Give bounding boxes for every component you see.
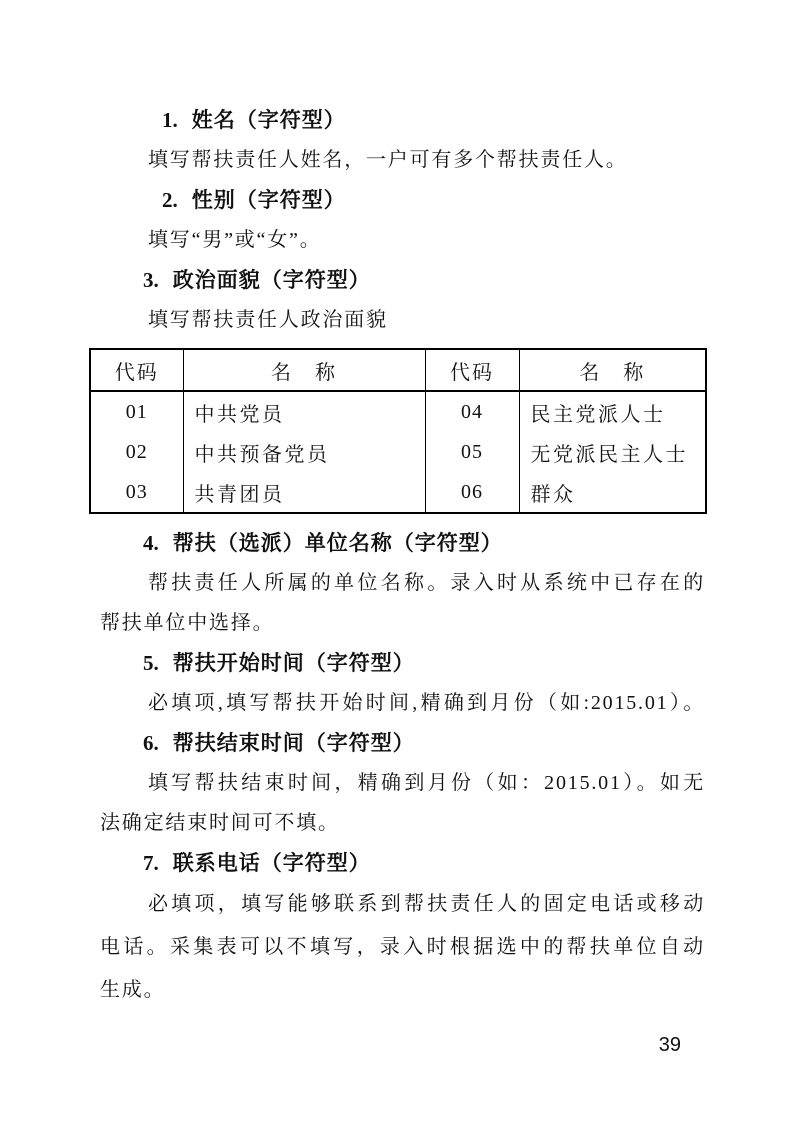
section-2-paragraph-line: 填写“男”或“女”。 [100,220,705,260]
document-page: 1.姓名（字符型） 填写帮扶责任人姓名，一户可有多个帮扶责任人。 2.性别（字符… [0,0,793,1122]
code-table-row: 02 中共预备党员 05 无党派民主人士 [90,432,706,472]
political-status-code-table: 代码 名 称 代码 名 称 01 中共党员 04 民主党派人士 02 中共预备党… [89,348,707,514]
section-6-paragraph-line: 填写帮扶结束时间，精确到月份（如：2015.01）。如无 [100,763,705,803]
section-7-number: 7. [143,851,159,875]
section-6-title: 帮扶结束时间（字符型） [173,731,415,755]
section-5-heading: 5.帮扶开始时间（字符型） [100,643,705,683]
section-5-number: 5. [143,651,159,675]
section-6-paragraph-line: 法确定结束时间可不填。 [100,803,705,843]
code-cell: 03 [90,472,183,513]
section-4-paragraph-line: 帮扶单位中选择。 [100,603,705,643]
section-3-number: 3. [143,268,159,292]
code-cell: 01 [90,391,183,432]
section-6-number: 6. [143,731,159,755]
code-table-header-name-left: 名 称 [183,349,425,391]
section-4-number: 4. [143,531,159,555]
section-6-heading: 6.帮扶结束时间（字符型） [100,723,705,763]
section-1-paragraph-line: 填写帮扶责任人姓名，一户可有多个帮扶责任人。 [100,140,705,180]
name-cell: 中共党员 [183,391,425,432]
name-cell: 中共预备党员 [183,432,425,472]
section-1-number: 1. [162,108,178,132]
name-cell: 无党派民主人士 [519,432,706,472]
name-cell: 民主党派人士 [519,391,706,432]
section-7-paragraph-line: 必填项，填写能够联系到帮扶责任人的固定电话或移动 [100,883,705,926]
section-4-heading: 4.帮扶（选派）单位名称（字符型） [100,523,705,563]
code-cell: 06 [425,472,519,513]
section-5-title: 帮扶开始时间（字符型） [173,651,415,675]
document-content: 1.姓名（字符型） 填写帮扶责任人姓名，一户可有多个帮扶责任人。 2.性别（字符… [100,0,705,1012]
section-3-title: 政治面貌（字符型） [173,268,371,292]
section-4-title: 帮扶（选派）单位名称（字符型） [173,531,503,555]
section-3-heading: 3.政治面貌（字符型） [100,260,705,300]
code-table-header-code-right: 代码 [425,349,519,391]
section-7-paragraph-line: 生成。 [100,969,705,1012]
section-2-heading: 2.性别（字符型） [100,180,705,220]
section-4-paragraph-line: 帮扶责任人所属的单位名称。录入时从系统中已存在的 [100,563,705,603]
code-cell: 05 [425,432,519,472]
page-number: 39 [659,1034,681,1057]
section-7-paragraph-line: 电话。采集表可以不填写，录入时根据选中的帮扶单位自动 [100,926,705,969]
code-table-header-row: 代码 名 称 代码 名 称 [90,349,706,391]
name-cell: 共青团员 [183,472,425,513]
section-7-heading: 7.联系电话（字符型） [100,843,705,883]
code-cell: 02 [90,432,183,472]
code-cell: 04 [425,391,519,432]
section-1-heading: 1.姓名（字符型） [100,100,705,140]
code-table-header-code-left: 代码 [90,349,183,391]
section-2-number: 2. [162,188,178,212]
section-3-paragraph-line: 填写帮扶责任人政治面貌 [100,300,705,340]
name-cell: 群众 [519,472,706,513]
section-1-title: 姓名（字符型） [192,108,346,132]
section-2-title: 性别（字符型） [192,188,346,212]
code-table-header-name-right: 名 称 [519,349,706,391]
section-7-title: 联系电话（字符型） [173,851,371,875]
code-table-row: 03 共青团员 06 群众 [90,472,706,513]
section-5-paragraph-line: 必填项,填写帮扶开始时间,精确到月份（如:2015.01）。 [100,683,705,723]
code-table-row: 01 中共党员 04 民主党派人士 [90,391,706,432]
